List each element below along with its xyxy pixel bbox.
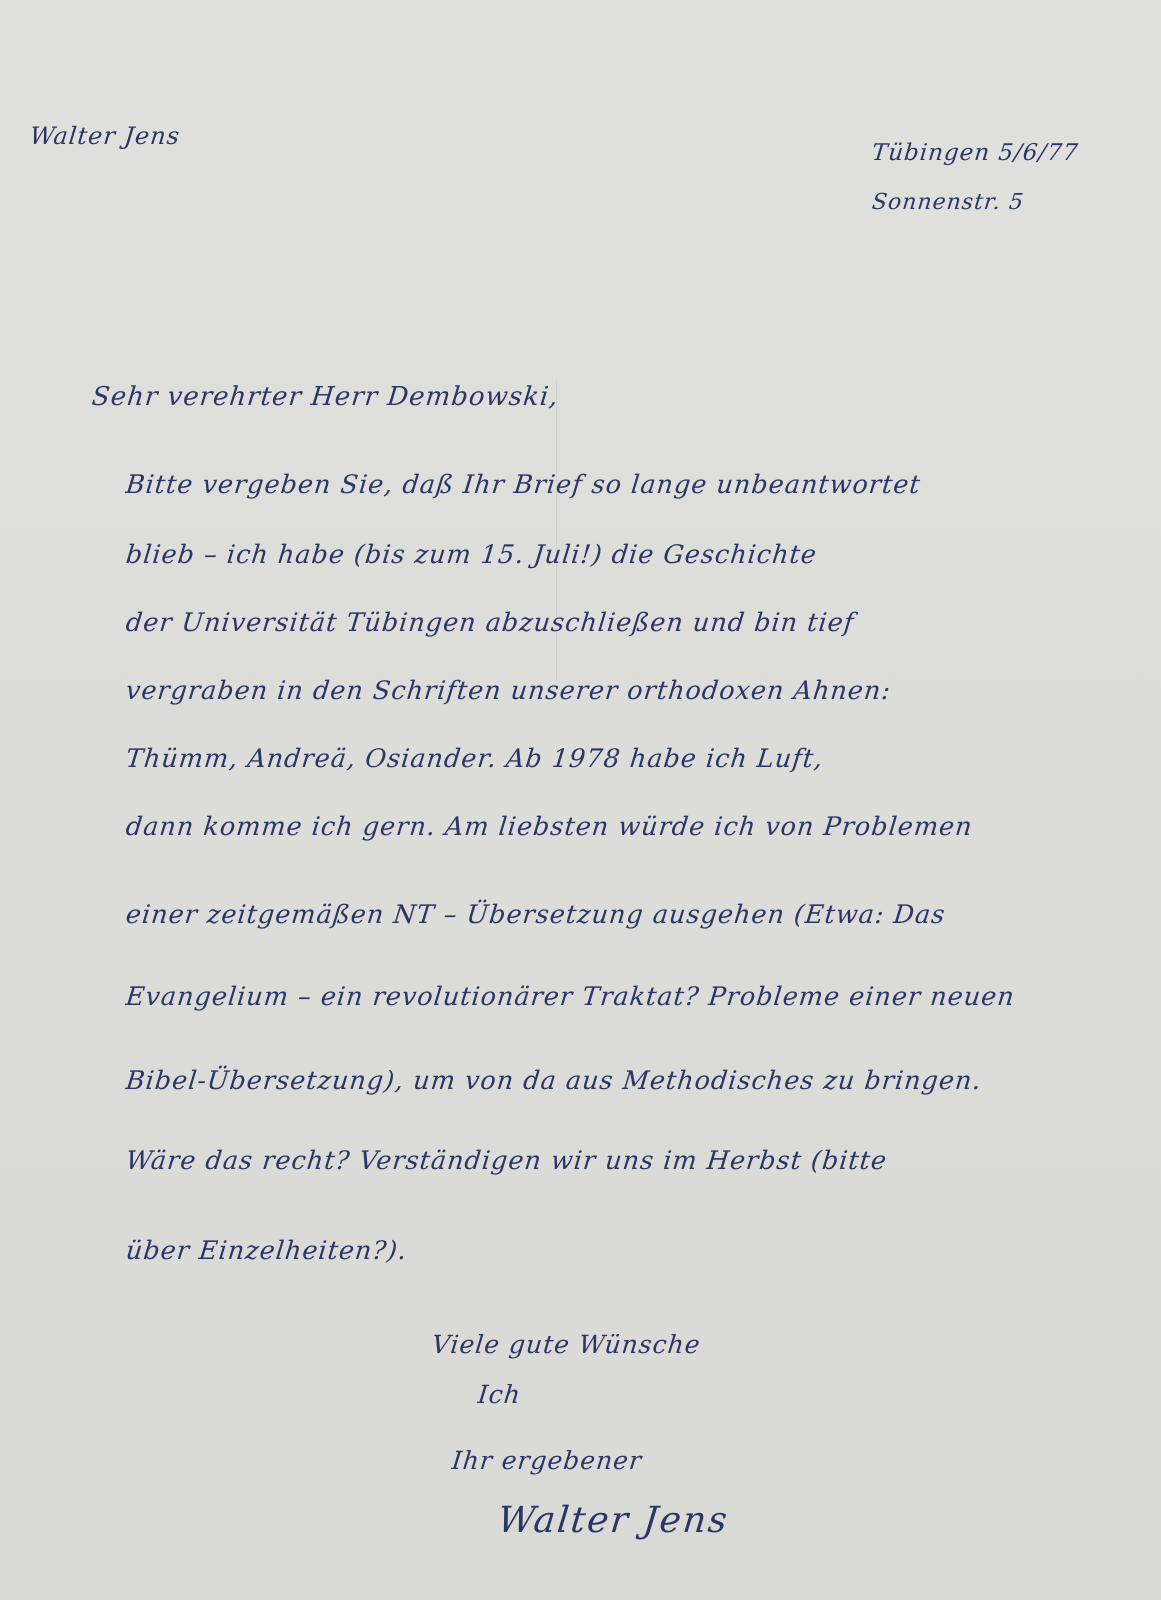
body-line-1: Bitte vergeben Sie, daß Ihr Brief so lan…	[124, 470, 922, 500]
body-line-11: über Einzelheiten?).	[124, 1236, 408, 1266]
body-line-7: einer zeitgemäßen NT – Übersetzung ausge…	[124, 900, 947, 930]
body-line-5: Thümm, Andreä, Osiander. Ab 1978 habe ic…	[124, 744, 824, 774]
body-line-6: dann komme ich gern. Am liebsten würde i…	[124, 812, 974, 842]
salutation: Sehr verehrter Herr Dembowski,	[90, 382, 560, 412]
closing-word: Ich	[476, 1380, 522, 1409]
body-line-4: vergraben in den Schriften unserer ortho…	[124, 676, 892, 706]
body-line-9: Bibel-Übersetzung), um von da aus Method…	[124, 1066, 983, 1096]
closing-valediction: Ihr ergebener	[450, 1446, 643, 1475]
body-line-10: Wäre das recht? Verständigen wir uns im …	[124, 1146, 888, 1176]
signature: Walter Jens	[496, 1500, 731, 1541]
body-line-3: der Universität Tübingen abzuschließen u…	[124, 608, 855, 638]
place-and-date: Tübingen 5/6/77	[871, 140, 1080, 166]
sender-name: Walter Jens	[29, 122, 182, 150]
body-line-8: Evangelium – ein revolutionärer Traktat?…	[124, 982, 1016, 1012]
sender-street: Sonnenstr. 5	[871, 190, 1026, 215]
letter-page: Walter Jens Tübingen 5/6/77 Sonnenstr. 5…	[0, 0, 1161, 1600]
closing-greeting: Viele gute Wünsche	[430, 1330, 702, 1359]
body-line-2: blieb – ich habe (bis zum 15. Juli!) die…	[124, 540, 818, 570]
